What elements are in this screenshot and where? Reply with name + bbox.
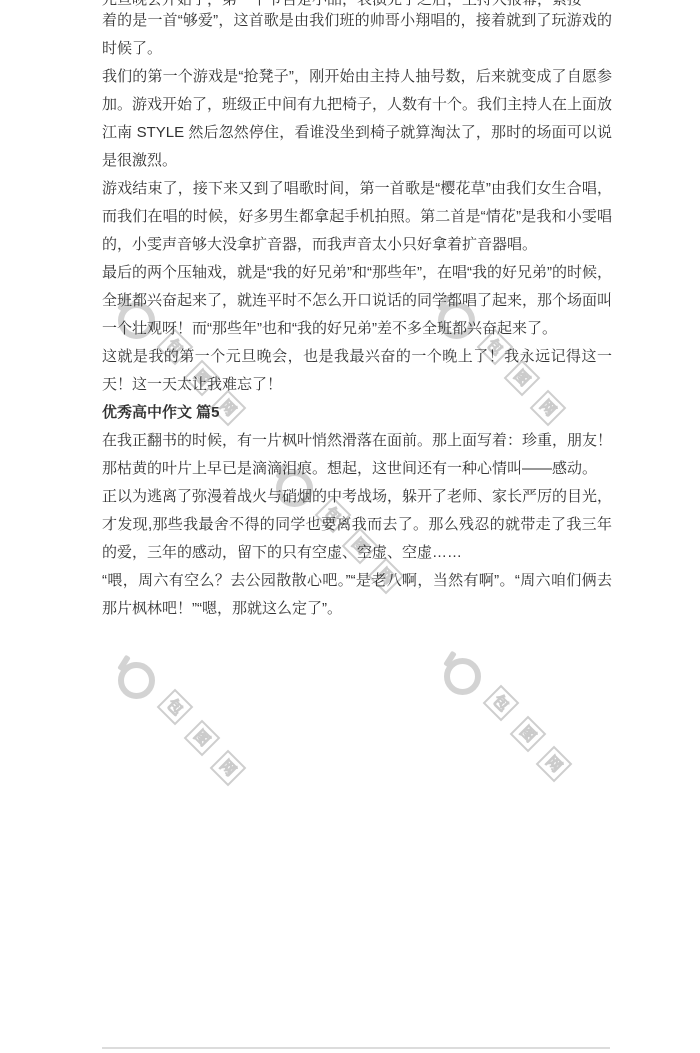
watermark-chain: b包图网 [118, 660, 268, 810]
essay-paragraph: 我们的第一个游戏是“抢凳子”，刚开始由主持人抽号数，后来就变成了自愿参加。游戏开… [102, 63, 612, 175]
watermark-char: 图 [510, 716, 547, 753]
essay-paragraph: 游戏结束了，接下来又到了唱歌时间，第一首歌是“樱花草”由我们女生合唱，而我们在唱… [102, 175, 612, 259]
watermark-char: 网 [210, 750, 247, 787]
essay-paragraph: 这就是我的第一个元旦晚会，也是我最兴奋的一个晚上了！我永远记得这一天！这一天太让… [102, 343, 612, 399]
bottom-divider [102, 1047, 610, 1049]
baotu-logo-icon: b [444, 658, 481, 695]
watermark-char: 包 [157, 689, 194, 726]
watermark-char: 网 [536, 746, 573, 783]
essay-paragraph: 在我正翻书的时候，有一片枫叶悄然滑落在面前。那上面写着：珍重，朋友！那枯黄的叶片… [102, 427, 612, 483]
essay-paragraph: 正以为逃离了弥漫着战火与硝烟的中考战场，躲开了老师、家长严厉的目光，才发现,那些… [102, 483, 612, 567]
essay-paragraph: 最后的两个压轴戏，就是“我的好兄弟”和“那些年”，在唱“我的好兄弟”的时候，全班… [102, 259, 612, 343]
watermark-char: 图 [184, 720, 221, 757]
watermark-char: 包 [483, 685, 520, 722]
clipped-text-line: 元旦晚会开始了，第一个节目是小品，表演完了之后，主持人报幕，紧接 [102, 0, 612, 7]
section-heading: 优秀高中作文 篇5 [102, 399, 612, 427]
essay-paragraph: 着的是一首“够爱”，这首歌是由我们班的帅哥小翔唱的，接着就到了玩游戏的时候了。 [102, 7, 612, 63]
baotu-logo-icon: b [118, 662, 155, 699]
essay-paragraph: “喂，周六有空么？去公园散散心吧。”“是老八啊，当然有啊”。“周六咱们俩去那片枫… [102, 567, 612, 623]
watermark-chain: b包图网 [444, 656, 594, 806]
essay-content: 元旦晚会开始了，第一个节目是小品，表演完了之后，主持人报幕，紧接 着的是一首“够… [102, 0, 612, 623]
document-page: b包图网b包图网b包图网b包图网b包图网 元旦晚会开始了，第一个节目是小品，表演… [0, 0, 700, 1053]
